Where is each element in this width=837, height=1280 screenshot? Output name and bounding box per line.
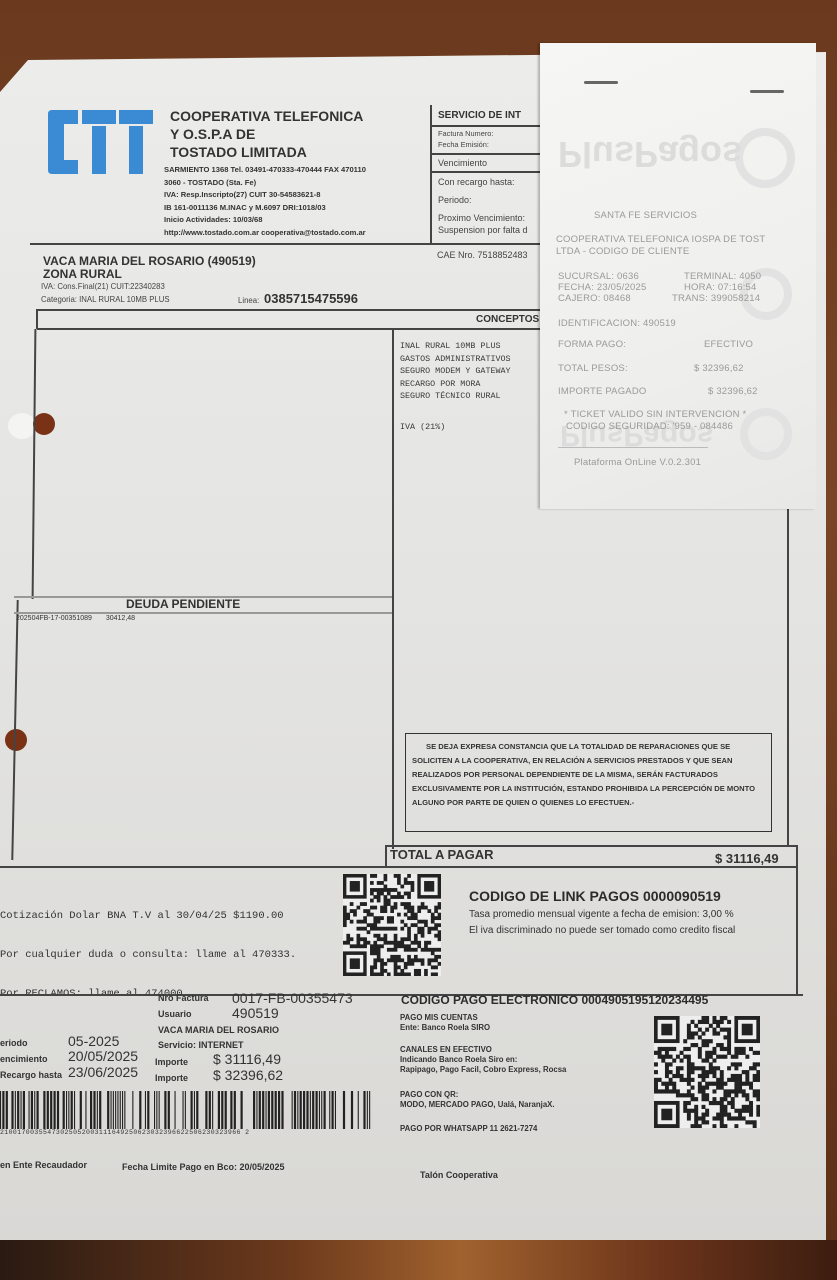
barcode (0, 1091, 372, 1129)
table-border (36, 309, 38, 329)
service-title: SERVICIO DE INT (438, 110, 521, 121)
contact-note: Por cualquier duda o consulta: llame al … (0, 949, 296, 962)
column-divider (392, 329, 394, 849)
concept-item: SEGURO MODEM Y GATEWAY (400, 365, 511, 378)
pago-whatsapp: PAGO POR WHATSAPP 11 2621-7274 (400, 1124, 537, 1134)
divider (385, 845, 387, 867)
notice-text: SE DEJA EXPRESA CONSTANCIA QUE LA TOTALI… (412, 740, 768, 810)
debt-reference: 202504FB-17-00351089 (16, 615, 92, 622)
interest-rate-note: Tasa promedio mensual vigente a fecha de… (469, 909, 734, 920)
canales-efectivo: CANALES EN EFECTIVO Indicando Banco Roel… (400, 1045, 566, 1075)
divider (0, 866, 797, 868)
divider (432, 153, 542, 155)
company-address: SARMIENTO 1368 Tel. 03491-470333-470444 … (164, 164, 366, 177)
importe-label: Importe (155, 1057, 188, 1067)
electronic-payment-code: CODIGO PAGO ELECTRONICO 0004905195120234… (401, 993, 708, 1007)
debt-amount: 30412,48 (106, 615, 135, 622)
receipt-payment-method-label: FORMA PAGO: (558, 339, 626, 350)
receipt-paid-label: IMPORTE PAGADO (558, 386, 647, 397)
company-start: Inicio Actividades: 10/03/68 (164, 214, 366, 227)
punch-hole (33, 413, 55, 435)
pago-qr-apps: MODO, MERCADO PAGO, Ualá, NaranjaX. (400, 1100, 555, 1110)
canales-efectivo-list: Rapipago, Pago Facil, Cobro Express, Roc… (400, 1065, 566, 1075)
receipt-company: COOPERATIVA TELEFONICA IOSPA DE TOST (556, 234, 765, 245)
fecha-limite-label: Fecha Limite Pago en Bco: 20/05/2025 (122, 1162, 285, 1172)
company-ib: IB 161-0011136 M.INAC y M.6097 DRI:1018/… (164, 202, 366, 215)
customer-category: Categoria: INAL RURAL 10MB PLUS (41, 295, 170, 304)
company-name-line: TOSTADO LIMITADA (170, 143, 363, 161)
link-pagos-code: CODIGO DE LINK PAGOS 0000090519 (469, 888, 721, 904)
recargo-value: 23/06/2025 (68, 1064, 138, 1080)
dollar-rate-note: Cotización Dolar BNA T.V al 30/04/25 $11… (0, 910, 296, 923)
total-label: TOTAL A PAGAR (390, 847, 494, 862)
company-web-email[interactable]: http://www.tostado.com.ar cooperativa@to… (164, 227, 366, 240)
receipt-cashier: CAJERO: 08468 (558, 293, 631, 304)
punch-hole-edge (8, 413, 36, 439)
linea-label: Linea: (238, 296, 259, 305)
stub-service: Servicio: INTERNET (158, 1040, 244, 1050)
pago-qr-title: PAGO CON QR: (400, 1090, 555, 1100)
table-surface (0, 1240, 837, 1280)
company-name-line: COOPERATIVA TELEFONICA (170, 107, 363, 125)
company-iva: IVA: Resp.Inscripto(27) CUIT 30-54583621… (164, 189, 366, 202)
total-value: $ 31116,49 (715, 851, 779, 866)
debt-title: DEUDA PENDIENTE (126, 597, 240, 611)
company-info: SARMIENTO 1368 Tel. 03491-470333-470444 … (164, 164, 366, 239)
customer-block: VACA MARIA DEL ROSARIO (490519) ZONA RUR… (43, 255, 256, 281)
pluspagos-watermark-icon (740, 408, 792, 460)
receipt-divider (558, 447, 708, 448)
suspension-label: Suspension por falta d (438, 225, 528, 235)
pago-mis-cuentas-ente: Ente: Banco Roela SIRO (400, 1023, 490, 1033)
concept-item: SEGURO TÉCNICO RURAL (400, 390, 511, 403)
concepts-header: CONCEPTOS (476, 314, 539, 325)
debt-row: 202504FB-17-00351089 30412,48 (16, 615, 135, 622)
importe-label: Importe (155, 1073, 188, 1083)
staple (584, 81, 618, 84)
vencimiento-label: encimiento (0, 1054, 48, 1064)
linea-number: 0385715475596 (264, 291, 358, 306)
factura-numero-label: Factura Numero: (438, 129, 493, 138)
concept-item: INAL RURAL 10MB PLUS (400, 340, 511, 353)
concept-item: RECARGO POR MORA (400, 378, 511, 391)
receipt-sucursal: SUCURSAL: 0636 (558, 271, 639, 282)
customer-zone: ZONA RURAL (43, 268, 256, 281)
receipt-payment-method: EFECTIVO (704, 339, 753, 350)
pago-con-qr: PAGO CON QR: MODO, MERCADO PAGO, Ualá, N… (400, 1090, 555, 1110)
concept-iva: IVA (21%) (400, 421, 511, 434)
pluspagos-watermark-icon (735, 128, 795, 188)
barcode-number: 2100170035547302505200311164925062303239… (0, 1129, 249, 1136)
pluspagos-watermark: PlusPagos (558, 133, 742, 175)
proximo-vencimiento-label: Proximo Vencimiento: (438, 213, 525, 223)
table-border (37, 328, 542, 330)
stub-customer-name: VACA MARIA DEL ROSARIO (158, 1025, 279, 1035)
usuario-value: 490519 (232, 1005, 279, 1021)
receipt-identification: IDENTIFICACION: 490519 (558, 318, 676, 329)
vencimiento-value: 20/05/2025 (68, 1048, 138, 1064)
nro-factura-label: Nro Factura (158, 993, 209, 1003)
company-name-line: Y O.S.P.A DE (170, 125, 363, 143)
divider (432, 171, 542, 173)
periodo-label: eriodo (0, 1038, 28, 1048)
qr-code-payment[interactable] (654, 1016, 760, 1128)
canales-efectivo-title: CANALES EN EFECTIVO (400, 1045, 566, 1055)
divider (432, 125, 542, 127)
periodo-value: 05-2025 (68, 1033, 119, 1049)
receipt-time: HORA: 07:16:54 (684, 282, 757, 293)
staple (750, 90, 784, 93)
divider (30, 243, 542, 245)
customer-iva: IVA: Cons.Final(21) CUIT:22340283 (41, 282, 165, 291)
qr-code-link-pagos[interactable] (343, 874, 441, 976)
divider (14, 612, 392, 614)
divider (796, 845, 798, 995)
receipt-paid-amount: $ 32396,62 (708, 386, 758, 397)
cae-number: CAE Nro. 7518852483 (437, 250, 528, 260)
payment-receipt: PlusPagos PlusPagos SANTA FE SERVICIOS C… (540, 43, 816, 509)
receipt-transaction: TRANS: 399058214 (672, 293, 760, 304)
punch-hole (5, 729, 27, 751)
receipt-validity: * TICKET VALIDO SIN INTERVENCION * (564, 409, 746, 420)
ctt-logo-icon (46, 108, 154, 176)
company-name: COOPERATIVA TELEFONICA Y O.S.P.A DE TOST… (170, 107, 363, 161)
receipt-header: SANTA FE SERVICIOS (594, 210, 697, 221)
canales-efectivo-instruction: Indicando Banco Roela Siro en: (400, 1055, 566, 1065)
table-border (787, 505, 789, 845)
ente-recaudador-label: en Ente Recaudador (0, 1160, 87, 1170)
periodo-label: Periodo: (438, 195, 472, 205)
receipt-total: $ 32396,62 (694, 363, 744, 374)
receipt-platform: Plataforma OnLine V.0.2.301 (574, 457, 701, 468)
concepts-list: INAL RURAL 10MB PLUS GASTOS ADMINISTRATI… (400, 340, 511, 433)
iva-note: El iva discriminado no puede ser tomado … (469, 925, 735, 936)
importe-value: $ 31116,49 (213, 1051, 281, 1067)
receipt-date: FECHA: 23/05/2025 (558, 282, 646, 293)
company-city: 3060 - TOSTADO (Sta. Fe) (164, 177, 366, 190)
concept-item: GASTOS ADMINISTRATIVOS (400, 353, 511, 366)
fecha-emision-label: Fecha Emisión: (438, 140, 489, 149)
recargo-label: Con recargo hasta: (438, 177, 515, 187)
receipt-total-label: TOTAL PESOS: (558, 363, 628, 374)
receipt-terminal: TERMINAL: 4050 (684, 271, 761, 282)
pago-mis-cuentas: PAGO MIS CUENTAS Ente: Banco Roela SIRO (400, 1013, 490, 1033)
importe-recargo-value: $ 32396,62 (213, 1067, 283, 1083)
recargo-label: Recargo hasta (0, 1070, 62, 1080)
vencimiento-label: Vencimiento (438, 158, 487, 168)
talon-label: Talón Cooperativa (420, 1170, 498, 1180)
pago-mis-cuentas-title: PAGO MIS CUENTAS (400, 1013, 490, 1023)
receipt-company-code: LTDA - CODIGO DE CLIENTE (556, 246, 689, 257)
receipt-security-code: CODIGO SEGURIDAD: '959 - 084486 (566, 421, 733, 432)
nro-factura: 0017-FB-00355473 (232, 990, 353, 1006)
table-border (37, 309, 542, 311)
usuario-label: Usuario (158, 1009, 192, 1019)
